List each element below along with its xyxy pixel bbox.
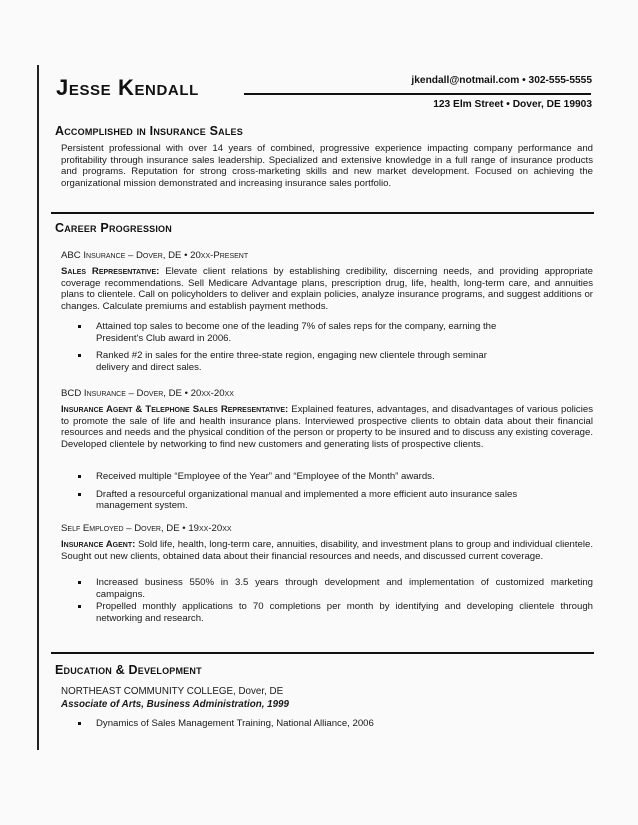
job-achievements: Increased business 550% in 3.5 years thr… — [78, 577, 593, 624]
separator: • — [506, 99, 510, 110]
email-link[interactable]: jkendall@notmail.com — [411, 75, 519, 86]
left-vertical-rule — [37, 65, 39, 750]
list-item: Attained top sales to become one of the … — [78, 321, 518, 344]
school-location: , Dover, DE — [233, 686, 283, 697]
job-description-text: Sold life, health, long-term care, annui… — [61, 539, 593, 562]
contact-address: 123 Elm Street • Dover, DE 19903 — [433, 99, 592, 110]
list-item: Increased business 550% in 3.5 years thr… — [78, 577, 593, 600]
city-state-zip: Dover, DE 19903 — [513, 99, 592, 110]
job-role: Sales Representative: — [61, 266, 159, 277]
job-role: Insurance Agent: — [61, 539, 135, 550]
job-description: Sales Representative: Elevate client rel… — [61, 266, 593, 312]
contact-email-phone: jkendall@notmail.com • 302-555-5555 — [411, 75, 592, 86]
street-address: 123 Elm Street — [433, 99, 503, 110]
school-name: NORTHEAST COMMUNITY COLLEGE — [61, 686, 233, 697]
job-description: Insurance Agent: Sold life, health, long… — [61, 539, 593, 562]
job-achievements: Attained top sales to become one of the … — [78, 321, 518, 373]
section-divider — [51, 652, 594, 654]
list-item: Propelled monthly applications to 70 com… — [78, 601, 593, 624]
career-title: Career Progression — [55, 221, 172, 235]
education-extras: Dynamics of Sales Management Training, N… — [78, 718, 498, 730]
section-divider — [51, 212, 594, 214]
job-achievements: Received multiple “Employee of the Year”… — [78, 471, 538, 512]
summary-text: Persistent professional with over 14 yea… — [61, 143, 593, 189]
education-title: Education & Development — [55, 663, 202, 677]
school-line: NORTHEAST COMMUNITY COLLEGE, Dover, DE — [61, 686, 283, 697]
candidate-name: Jesse Kendall — [56, 75, 199, 101]
list-item: Dynamics of Sales Management Training, N… — [78, 718, 498, 730]
phone-number: 302-555-5555 — [529, 75, 592, 86]
list-item: Ranked #2 in sales for the entire three-… — [78, 350, 518, 373]
list-item: Received multiple “Employee of the Year”… — [78, 471, 538, 483]
summary-title: Accomplished in Insurance Sales — [55, 124, 243, 138]
job-heading: Self Employed – Dover, DE • 19xx-20xx — [61, 523, 232, 534]
header-rule — [244, 93, 591, 95]
list-item: Drafted a resourceful organizational man… — [78, 489, 538, 512]
degree: Associate of Arts, Business Administrati… — [61, 699, 289, 710]
job-role: Insurance Agent & Telephone Sales Repres… — [61, 404, 288, 415]
separator: • — [522, 75, 526, 86]
job-heading: ABC Insurance – Dover, DE • 20xx-Present — [61, 250, 248, 261]
job-heading: BCD Insurance – Dover, DE • 20xx-20xx — [61, 388, 234, 399]
job-description: Insurance Agent & Telephone Sales Repres… — [61, 404, 593, 450]
